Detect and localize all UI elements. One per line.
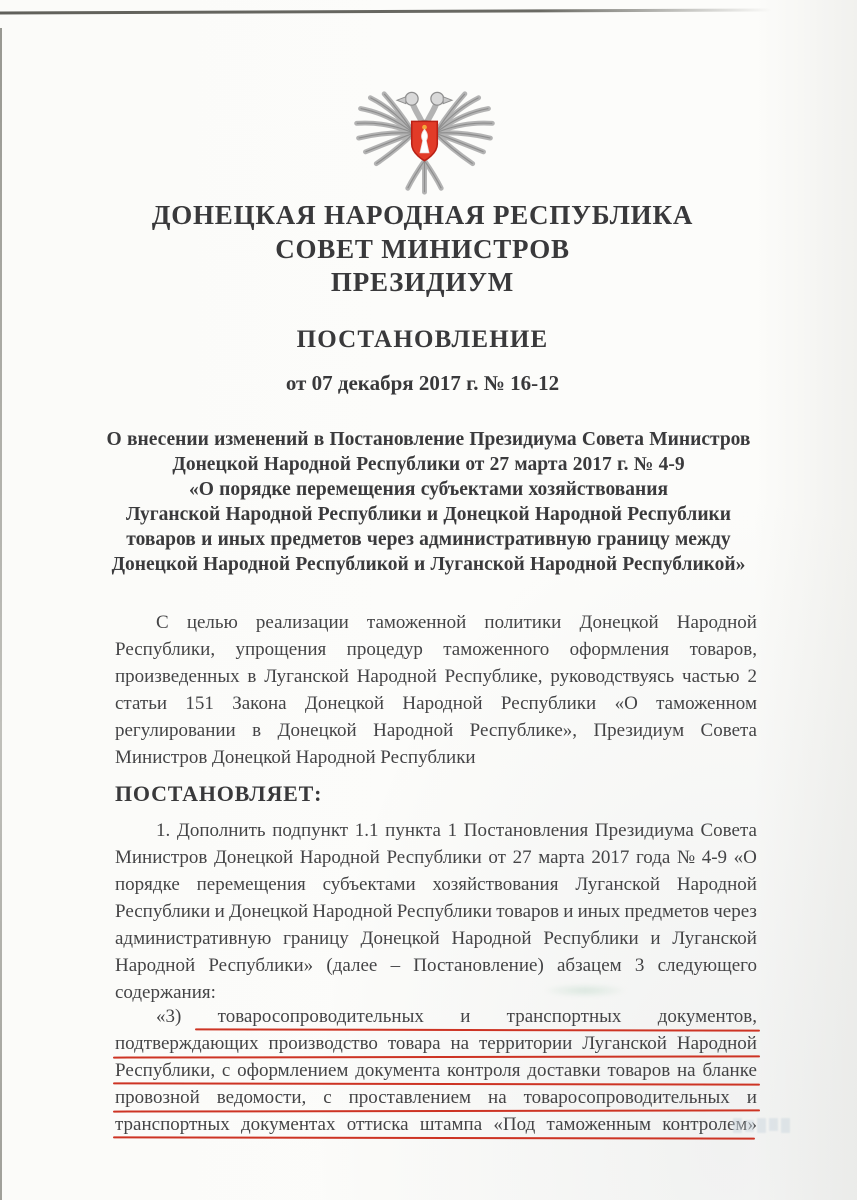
underlined-clause-paragraph: «3)товаросопроводительныхитранспортныхдо… xyxy=(115,1006,757,1141)
scan-edge-artifact-top xyxy=(0,9,772,15)
scanner-artifact-marks xyxy=(733,1118,790,1133)
item-1-paragraph: 1.Дополнитьподпункт1.1пункта1Постановлен… xyxy=(115,820,757,1009)
presidium-title: ПРЕЗИДИУМ xyxy=(0,267,845,298)
republic-title: ДОНЕЦКАЯ НАРОДНАЯ РЕСПУБЛИКА xyxy=(0,200,845,231)
document-type-title: ПОСТАНОВЛЕНИЕ xyxy=(0,326,845,354)
resolves-label: ПОСТАНОВЛЯЕТ: xyxy=(115,781,322,807)
dnr-coat-of-arms-icon xyxy=(349,84,499,202)
document-subject-heading: ОвнесенииизмененийвПостановлениеПрезидиу… xyxy=(70,429,787,579)
document-date-number: от 07 декабря 2017 г. № 16-12 xyxy=(0,371,845,396)
intro-paragraph: СцельюреализациитаможеннойполитикиДонецк… xyxy=(115,612,757,774)
council-title: СОВЕТ МИНИСТРОВ xyxy=(0,234,845,265)
scanned-document-page: ДОНЕЦКАЯ НАРОДНАЯ РЕСПУБЛИКА СОВЕТ МИНИС… xyxy=(0,0,857,1200)
faint-smudge-artifact xyxy=(542,984,628,997)
